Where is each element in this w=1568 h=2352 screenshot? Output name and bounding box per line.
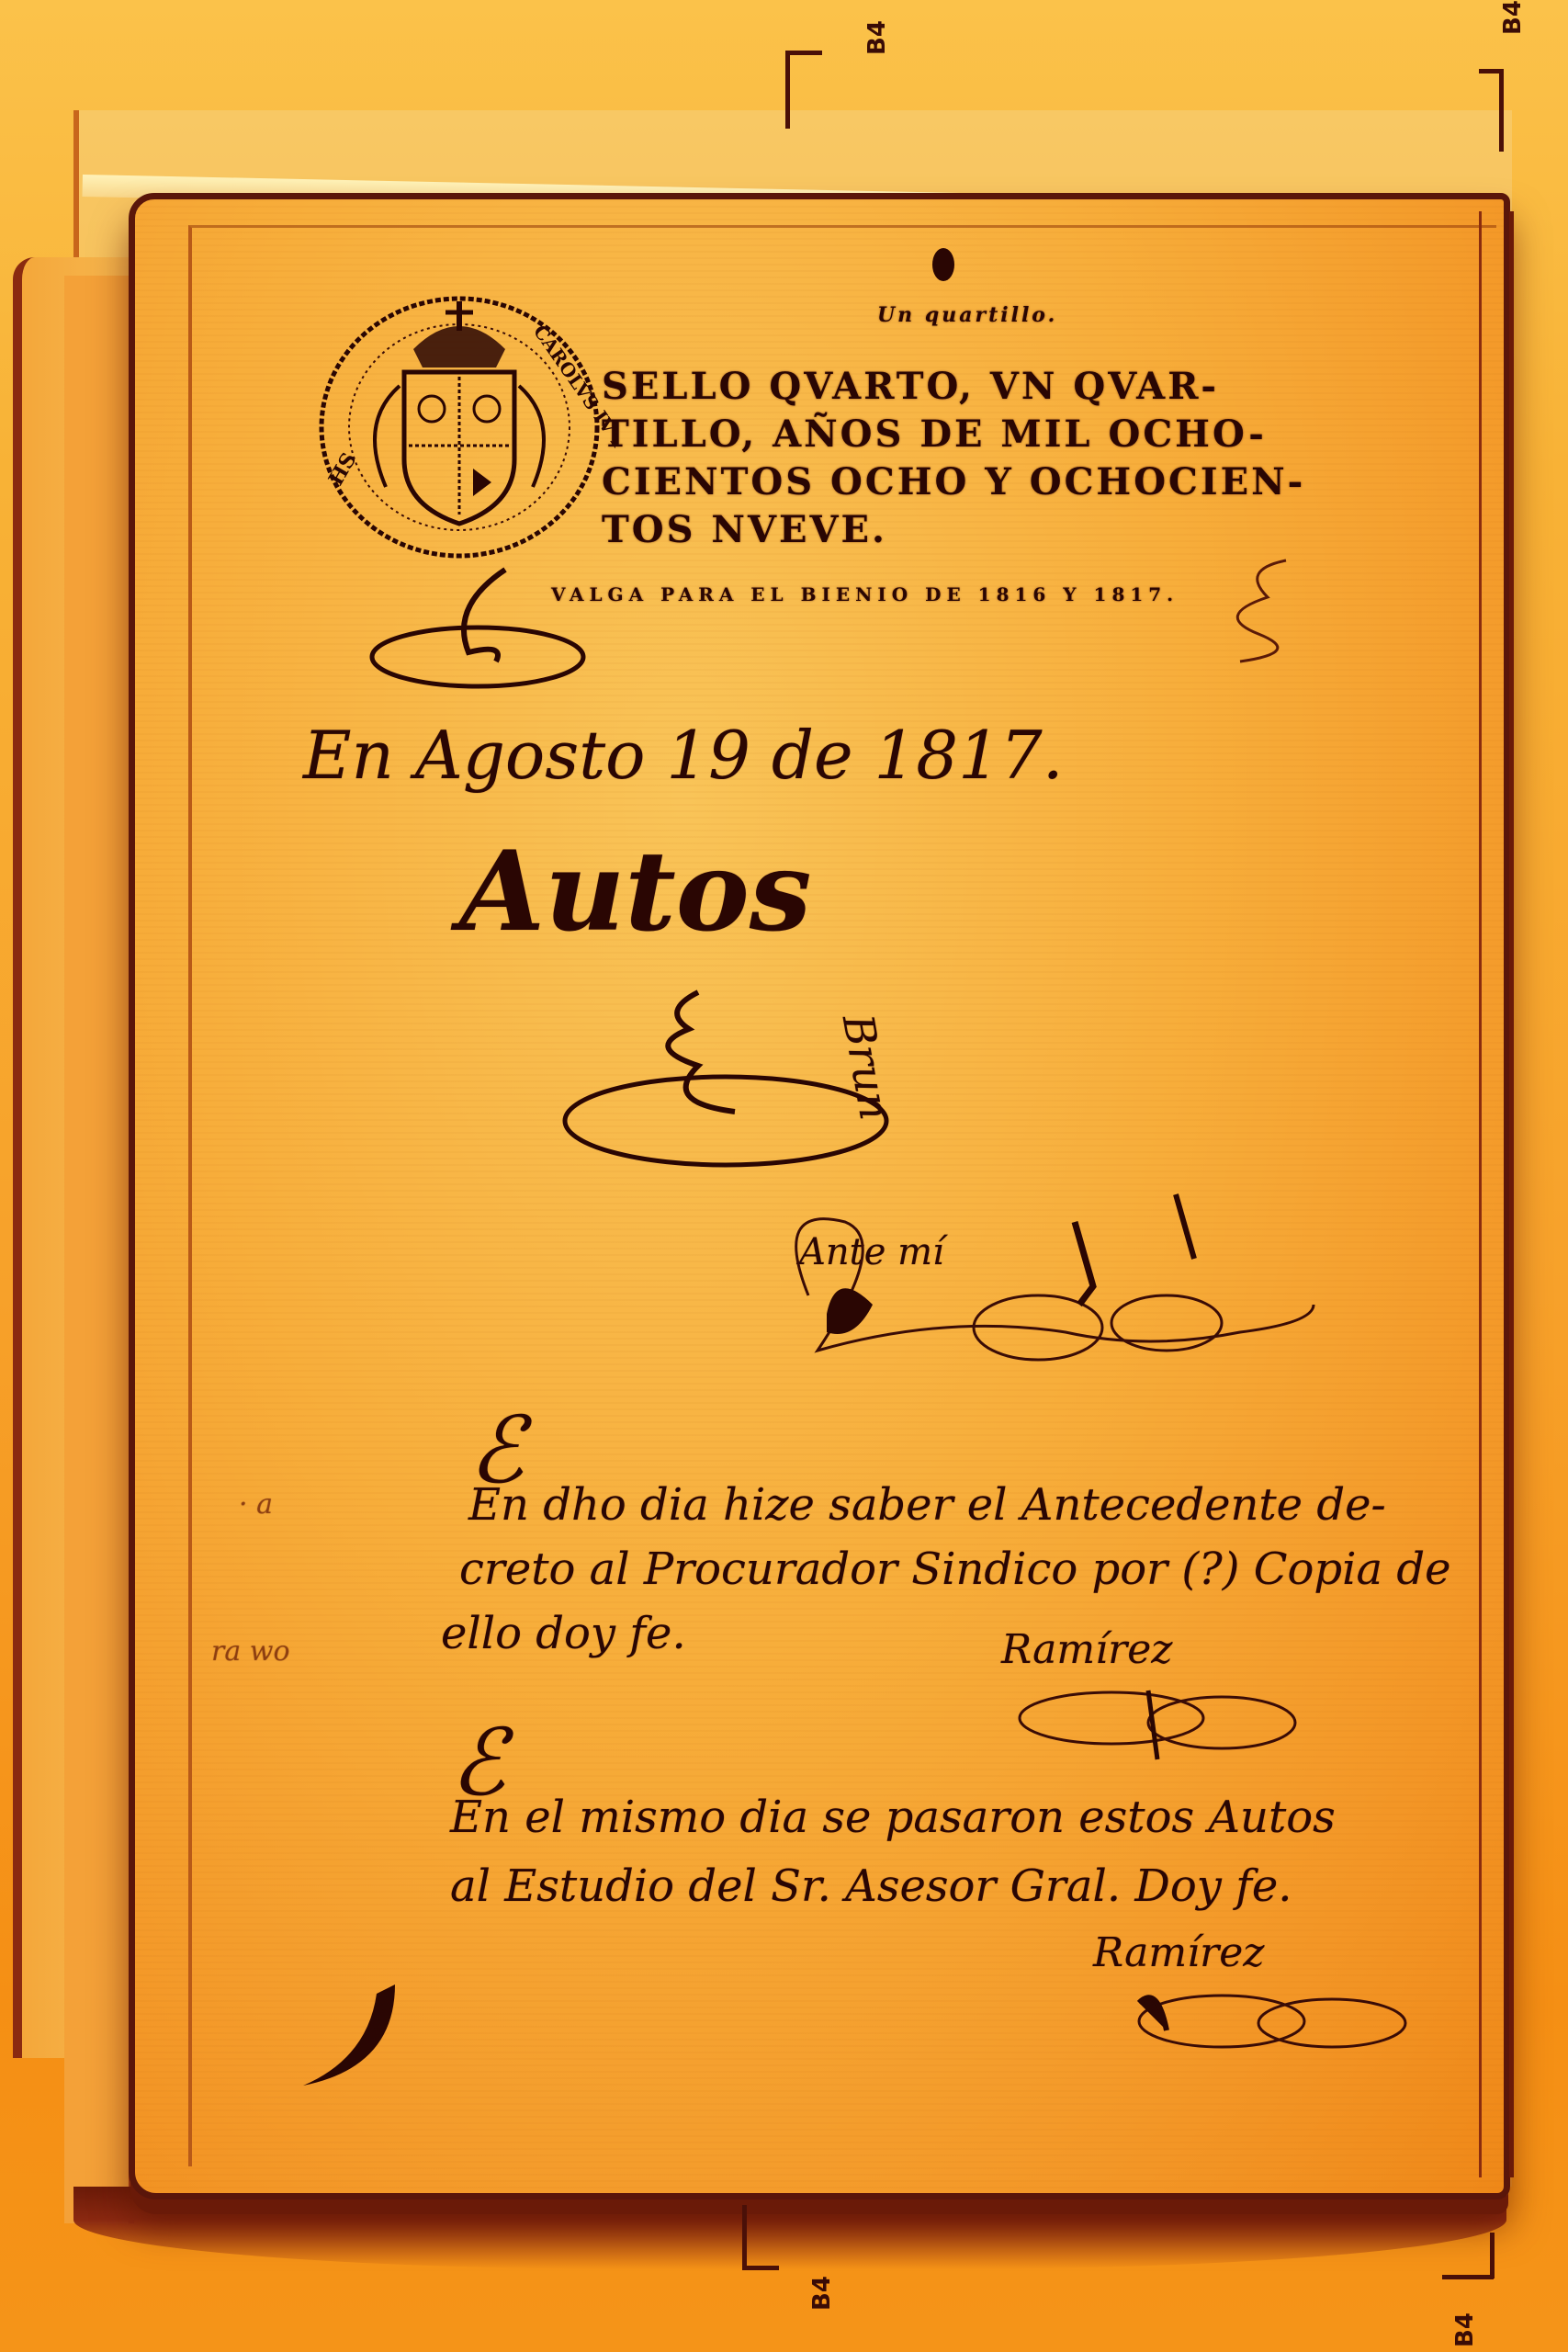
- date-line: En Agosto 19 de 1817.: [303, 717, 1064, 794]
- left-inner-sheet-edge: [64, 276, 134, 2223]
- page-right-edge: [1479, 211, 1514, 2177]
- b4-label-top-right: B4: [1499, 0, 1527, 35]
- crop-mark-bottom-center-vertical: [742, 2205, 747, 2269]
- stamp-line-2: TILLO, AÑOS DE MIL OCHO-: [602, 411, 1267, 458]
- margin-flourish-icon: [1203, 542, 1314, 671]
- signature-1-rubric-icon: [1001, 1672, 1387, 1764]
- stamp-line-1: SELLO QVARTO, VN QVAR-: [602, 363, 1219, 411]
- svg-text:HS: HS: [324, 448, 362, 490]
- b4-label-bottom-center: B4: [808, 2276, 836, 2311]
- rubric-flourish-icon: [367, 551, 606, 698]
- valga-line: VALGA PARA EL BIENIO DE 1816 Y 1817.: [551, 583, 1179, 605]
- b4-label-top-center: B4: [863, 20, 891, 55]
- ink-dot: [932, 248, 954, 281]
- signature-flourish-icon: [762, 1167, 1350, 1369]
- paragraph-2-line-2: al Estudio del Sr. Asesor Gral. Doy fe.: [450, 1860, 1292, 1912]
- stamp-line-4: TOS NVEVE.: [602, 506, 887, 554]
- crop-mark-top-center-vertical: [785, 51, 790, 129]
- signature-2: Ramírez: [1093, 1929, 1264, 1976]
- paragraph-1-line-1: En dho dia hize saber el Antecedente de-: [468, 1479, 1386, 1531]
- paragraph-1-line-2: creto al Procurador Sindico por (?) Copi…: [459, 1543, 1450, 1595]
- stamp-value: Un quartillo.: [877, 303, 1057, 327]
- stamp-line-3: CIENTOS OCHO Y OCHOCIEN-: [602, 458, 1305, 506]
- paragraph-1-line-3: ello doy fe.: [441, 1608, 686, 1659]
- crop-mark-bottom-center: [742, 2266, 779, 2270]
- crop-mark-bottom-right-vertical: [1490, 2233, 1495, 2278]
- b4-label-bottom-right: B4: [1451, 2312, 1479, 2347]
- bleed-through-text: · a: [239, 1488, 273, 1521]
- paragraph-2-line-1: En el mismo dia se pasaron estos Autos: [450, 1792, 1336, 1843]
- royal-seal-stamp: HS CAROLVS IV D.G.: [303, 276, 615, 570]
- coat-of-arms-icon: HS CAROLVS IV D.G.: [303, 276, 615, 570]
- crop-mark-top-center: [785, 51, 822, 55]
- signature-1: Ramírez: [1001, 1626, 1172, 1673]
- ink-stroke-icon: [276, 1975, 423, 2095]
- autos-heading: Autos: [459, 827, 811, 956]
- bleed-through-text: ra wo: [211, 1635, 290, 1668]
- crop-mark-bottom-right: [1442, 2275, 1494, 2279]
- crop-mark-top-right-vertical: [1499, 69, 1504, 152]
- signature-2-rubric-icon: [1121, 1975, 1451, 2067]
